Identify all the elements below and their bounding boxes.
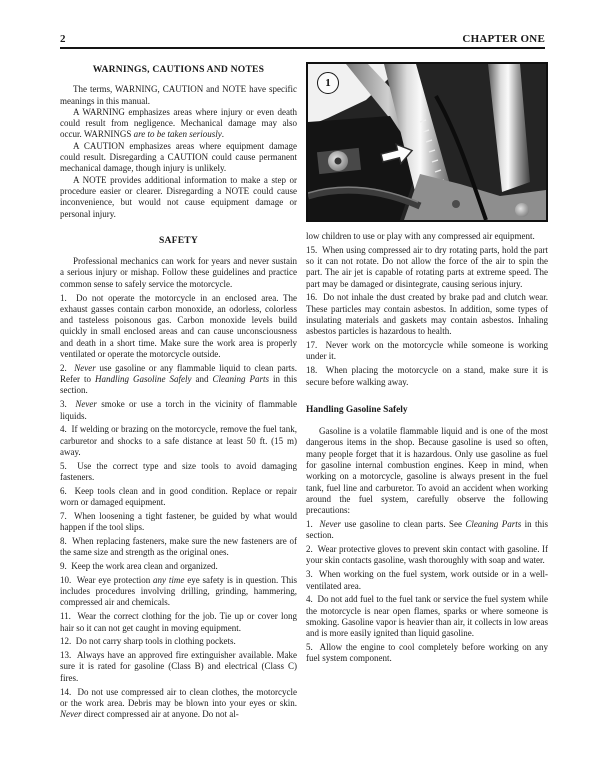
- safety-item-9: 9. Keep the work area clean and organize…: [60, 561, 297, 572]
- page-header: 2 CHAPTER ONE: [60, 30, 545, 49]
- figure-number-badge: 1: [317, 72, 339, 94]
- warnings-paragraph-3: A CAUTION emphasizes areas where equipme…: [60, 141, 297, 175]
- page-number: 2: [60, 33, 66, 45]
- bolt-left-center: [335, 158, 342, 165]
- safety-item-4: 4. If welding or brazing on the motorcyc…: [60, 424, 297, 458]
- chapter-title: CHAPTER ONE: [462, 33, 545, 45]
- warnings-paragraph-4: A NOTE provides additional information t…: [60, 175, 297, 220]
- figure-1-photo: 1: [306, 62, 548, 222]
- gasoline-intro-paragraph: Gasoline is a volatile flammable liquid …: [306, 426, 548, 516]
- safety-intro-paragraph: Professional mechanics can work for year…: [60, 256, 297, 290]
- safety-item-8: 8. When replacing fasteners, make sure t…: [60, 536, 297, 559]
- gasoline-item-3: 3. When working on the fuel system, work…: [306, 569, 548, 592]
- safety-item-7: 7. When loosening a tight fastener, be g…: [60, 511, 297, 534]
- safety-item-17: 17. Never work on the motorcycle while s…: [306, 340, 548, 363]
- warnings-paragraph-2: A WARNING emphasizes areas where injury …: [60, 107, 297, 141]
- gasoline-item-5: 5. Allow the engine to cool completely b…: [306, 642, 548, 665]
- gasoline-item-1: 1. Never use gasoline to clean parts. Se…: [306, 519, 548, 542]
- manual-page: 2 CHAPTER ONE WARNINGS, CAUTIONS AND NOT…: [0, 0, 600, 776]
- safety-item-10: 10. Wear eye protection any time eye saf…: [60, 575, 297, 609]
- handling-gasoline-subheading: Handling Gasoline Safely: [306, 405, 548, 416]
- warnings-section-heading: WARNINGS, CAUTIONS AND NOTES: [60, 64, 297, 75]
- left-column: WARNINGS, CAUTIONS AND NOTES The terms, …: [60, 64, 297, 720]
- gasoline-item-4: 4. Do not add fuel to the fuel tank or s…: [306, 594, 548, 639]
- safety-item-6: 6. Keep tools clean and in good conditio…: [60, 486, 297, 509]
- safety-item-15: 15. When using compressed air to dry rot…: [306, 245, 548, 290]
- bolt-lower-right: [515, 203, 529, 217]
- safety-item-16: 16. Do not inhale the dust created by br…: [306, 292, 548, 337]
- safety-item-1: 1. Do not operate the motorcycle in an e…: [60, 293, 297, 361]
- safety-item-5: 5. Use the correct type and size tools t…: [60, 461, 297, 484]
- safety-item-18: 18. When placing the motorcycle on a sta…: [306, 365, 548, 388]
- safety-item-13: 13. Always have an approved fire extingu…: [60, 650, 297, 684]
- safety-item-14-continued: low children to use or play with any com…: [306, 231, 548, 242]
- gasoline-item-2: 2. Wear protective gloves to prevent ski…: [306, 544, 548, 567]
- safety-item-11: 11. Wear the correct clothing for the jo…: [60, 611, 297, 634]
- bolt-lower-center: [452, 200, 460, 208]
- safety-item-3: 3. Never smoke or use a torch in the vic…: [60, 399, 297, 422]
- safety-section-heading: SAFETY: [60, 235, 297, 246]
- safety-item-2: 2. Never use gasoline or any flammable l…: [60, 363, 297, 397]
- safety-item-14: 14. Do not use compressed air to clean c…: [60, 687, 297, 721]
- right-column: 1 low children to use or play with any c…: [306, 62, 548, 665]
- warnings-paragraph-1: The terms, WARNING, CAUTION and NOTE hav…: [60, 84, 297, 107]
- frame-serial-number-photo: [308, 64, 546, 220]
- safety-item-12: 12. Do not carry sharp tools in clothing…: [60, 636, 297, 647]
